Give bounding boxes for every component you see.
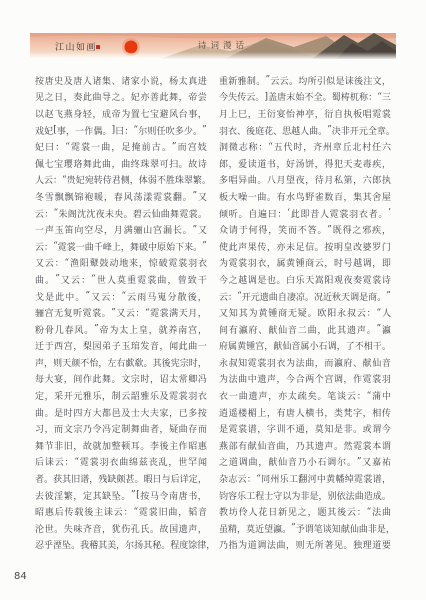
text-line: 今失传云。]盖唐末始不全。蜀梼杌称：“三 [219,89,391,106]
text-line: 沦世。失味齐音，犹伤孔氏。故国遗声， [35,520,207,537]
text-line: 曲。”又云：“世人莫重霓裳曲，曾致干 [35,271,207,288]
header-banner-painting: 江山如画 诗词漫话 [30,33,396,59]
text-line: 永叔知霓裳羽衣为法曲，而瀛府、献仙音 [219,354,391,371]
text-line: 见之日，奏此曲导之。妃亦善此舞，帝尝 [35,89,207,106]
text-line: 钧容乐工程士守以为非是，别依法曲造成。 [219,487,391,504]
book-page: 江山如画 诗词漫话 按唐史及唐人诸集、诸家小说，杨太真进见之日，奏此曲导之。妃亦… [0,0,426,600]
mist [30,52,396,59]
text-line: 教坊伶人花日新见之，题其後云：“法曲 [219,503,391,520]
text-line: 戏妃[事，一作偶。]曰：“尔则任吹多少。” [35,122,207,139]
text-line: 习，而文宗乃令冯定制舞曲者，疑曲存而 [35,420,207,437]
text-line: 人云：“贵妃宛转侍君侧，体弱不胜珠翠繁。 [35,172,207,189]
text-line: 郎，爱读道书，好汤饼，得犯天麦毒疾， [219,155,391,172]
text-line: 去彼淫繁，定其缺坠。”[按马令南唐书， [35,487,207,504]
page-number: 84 [14,571,27,582]
text-line: 多唱异曲。八月望夜，待月私第，六郎执 [219,172,391,189]
text-line: 是霓裳谱，字训不通，莫知是非。或谓今 [219,420,391,437]
text-line: 倾听。自遍曰：‘此即昔人霓裳羽衣者。’ [219,205,391,222]
text-line: 为霓裳羽衣，属黄锺商云，时号越调，即 [219,255,391,272]
text-line: 曲。是时四方大都邑及士大夫家，已多按 [35,404,207,421]
text-line: 舞节非旧，故就加整顿耳。李後主作昭惠 [35,437,207,454]
text-line: 重新雅制。”云云。均所引似是诔後注文， [219,72,391,89]
text-line: 戈是此中。”又云：“云雨马嵬分散後， [35,288,207,305]
text-line: 之道调曲，献仙音乃小石调尔。”又嘉祐 [219,454,391,471]
text-line: 羽衣、後庭花、思越人曲。”决非开元全章。 [219,122,391,139]
text-line: 使此声果传，亦未足信。按明皇改婆罗门 [219,238,391,255]
text-line: 佩七宝璎珞舞此曲，曲终珠翠可扫。故诗 [35,155,207,172]
text-line: 板大噪一曲。有水鸟野雀数百，集其舍屋 [219,188,391,205]
text-line: 逍遥楼楣上，有唐人横书，类梵字，相传 [219,404,391,421]
left-column: 按唐史及唐人诸集、诸家小说，杨太真进见之日，奏此曲导之。妃亦善此舞，帝尝以赵飞燕… [35,72,207,553]
text-line: 燕部有献仙音曲，乃其遗声。然霓裳本谓 [219,437,391,454]
text-line: 妃曰：“霓裳一曲，足掩前古。”而宫妓 [35,138,207,155]
right-column: 重新雅制。”云云。均所引似是诔後注文，今失传云。]盖唐末始不全。蜀梼杌称：“三月… [219,72,391,553]
text-body: 按唐史及唐人诸集、诸家小说，杨太真进见之日，奏此曲导之。妃亦善此舞，帝尝以赵飞燕… [35,72,391,553]
text-line: 衣一曲遗声，亦太疏矣。笔谈云：“蒲中 [219,387,391,404]
text-line: 冬雪飘飘锦袍暖，春风荡漾霓裳翻。”又 [35,188,207,205]
text-line: 后诔云：“霓裳羽衣曲绵兹丧乱，世罕闻 [35,454,207,471]
text-line: 粉骨几春风。”帝为太上皇，就养南宫， [35,321,207,338]
text-line: 声，则天颜不怡，左右歔欷。其後宪宗时， [35,354,207,371]
text-line: 按唐史及唐人诸集、诸家小说，杨太真进 [35,72,207,89]
text-line: 乃指为道调法曲，则无所著见。独理道要 [219,537,391,554]
text-line: 杂志云：“同州乐工翻河中黄幡绰霓裳谱， [219,470,391,487]
text-line: 为法曲中遗声，今合两个宫调，作霓裳羽 [219,371,391,388]
banner-calligraphy-left: 江山如画 [55,41,97,53]
text-line: 者。获其旧谱，残缺颇甚。暇日与后详定， [35,470,207,487]
text-line: 骊宫无复听霓裳。”又云：“霓裳满天月， [35,304,207,321]
text-line: 忍乎湮坠。我稽其美，尔扬其秘。程度馀律， [35,537,207,554]
text-line: 一声玉笛向空尽，月满骊山宫漏长。”又 [35,221,207,238]
text-line: 众请于何得，笑而不答。”既得之邪疾， [219,221,391,238]
text-line: 云：“霓裳一曲千峰上，舞破中原始下来。” [35,238,207,255]
text-line: 间有瀛府、献仙音二曲，此其遗声。”瀛 [219,321,391,338]
text-line: 府属黄锺宫，献仙音属小石调，了不相干。 [219,338,391,355]
red-seal [96,45,100,49]
text-line: 昭惠后传载後主诔云：“霓裳旧曲，韬音 [35,503,207,520]
text-line: 今之越调是也。白乐天嵩阳观夜奏霓裳诗 [219,271,391,288]
text-line: 以赵飞燕身轻，成帝为置七宝避风台事， [35,105,207,122]
text-line: 定，采开元雅乐，制云韶雅乐及霓裳羽衣 [35,387,207,404]
text-line: 洞微志称：“五代时，齐州章丘北村任六 [219,138,391,155]
text-line: 云：“开元遗曲自凄凉。况近秋天调是商。” [219,288,391,305]
landscape-painting: 江山如画 诗词漫话 [30,33,396,59]
text-line: 又知其为黄锺商无疑。欧阳永叔云：“人 [219,304,391,321]
text-line: 每大宴，间作此舞。文宗时，诏太常卿冯 [35,371,207,388]
text-line: 又云：“渔阳鼙鼓动地来，惊破霓裳羽衣 [35,255,207,272]
text-line: 云：“朱阁沈沈夜未央。碧云仙曲舞霓裳。 [35,205,207,222]
text-line: 虽精，莫近望瀛。”予谓笔谈知献仙曲非是， [219,520,391,537]
text-line: 迁于西宫，梨园弟子玉琯发音，闻此曲一 [35,338,207,355]
banner-calligraphy-center: 诗词漫话 [198,40,248,51]
text-line: 月上巳，王衍宴怡神亭，衍自执板唱霓裳 [219,105,391,122]
red-sun [125,41,138,54]
